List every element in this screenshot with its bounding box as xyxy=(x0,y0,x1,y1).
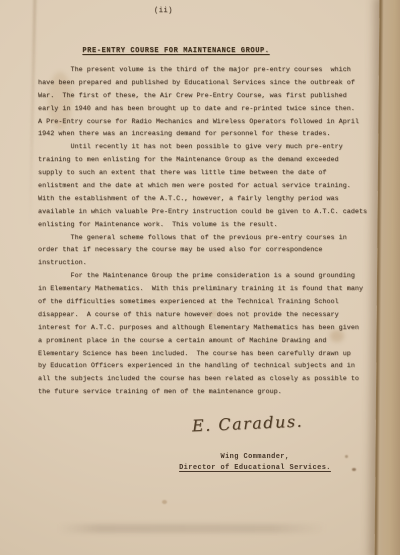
body-line: a prominent place in the course a certai… xyxy=(38,335,370,348)
body-line: by Education Officers experienced in the… xyxy=(38,360,370,373)
document-title: PRE-ENTRY COURSE FOR MAINTENANCE GROUP. xyxy=(0,47,352,55)
body-line: training to men enlisting for the Mainte… xyxy=(38,154,370,167)
body-line: supply to such an extent that there was … xyxy=(38,167,370,180)
body-line: The general scheme follows that of the p… xyxy=(38,232,370,245)
body-line: War. The first of these, the Air Crew Pr… xyxy=(38,90,370,103)
body-line: order that if necessary the course may b… xyxy=(38,244,370,257)
body-line: Elementary Science has been included. Th… xyxy=(38,348,370,361)
body-line: With the establishment of the A.T.C., ho… xyxy=(38,193,370,206)
stain xyxy=(162,500,167,504)
document-page: (ii) PRE-ENTRY COURSE FOR MAINTENANCE GR… xyxy=(0,0,400,555)
body-line: enlisting for Maintenance work. This vol… xyxy=(38,219,370,232)
body-line: have been prepared and published by Educ… xyxy=(38,77,370,90)
body-line: early in 1940 and has been brought up to… xyxy=(38,103,370,116)
body-line: enlistment and the date at which men wer… xyxy=(38,180,370,193)
body-line: available in which valuable Pre-Entry in… xyxy=(38,206,370,219)
signer-rank: Wing Commander, xyxy=(150,452,360,463)
body-line: For the Maintenance Group the prime cons… xyxy=(38,270,370,283)
book-edge xyxy=(375,0,400,555)
body-line: 1942 when there was an increasing demand… xyxy=(38,128,370,141)
document-body: The present volume is the third of the m… xyxy=(38,64,370,399)
signer-role: Director of Educational Services. xyxy=(150,463,360,474)
body-line: disappear. A course of this nature howev… xyxy=(38,309,370,322)
body-line: instruction. xyxy=(38,257,370,270)
body-line: The present volume is the third of the m… xyxy=(38,64,370,77)
handwritten-signature: E. Caradus. xyxy=(192,412,304,436)
body-line: in Elementary Mathematics. With this pre… xyxy=(38,283,370,296)
page-number: (ii) xyxy=(154,7,173,15)
body-line: A Pre-Entry course for Radio Mechanics a… xyxy=(38,116,370,129)
page-crease xyxy=(29,0,37,226)
body-line: Until recently it has not been possible … xyxy=(38,141,370,154)
scanned-document-photo: (ii) PRE-ENTRY COURSE FOR MAINTENANCE GR… xyxy=(0,0,400,555)
body-line: of the difficulties sometimes experience… xyxy=(38,296,370,309)
body-line: all the subjects included the course has… xyxy=(38,373,370,386)
smudge xyxy=(58,524,326,533)
signature-block: Wing Commander, Director of Educational … xyxy=(150,452,360,474)
body-line: the future service training of men of th… xyxy=(38,386,370,399)
body-line: interest for A.T.C. purposes and althoug… xyxy=(38,322,370,335)
